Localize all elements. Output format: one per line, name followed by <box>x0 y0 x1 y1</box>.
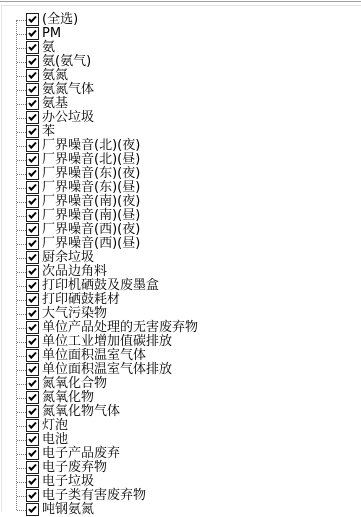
check-icon <box>27 252 38 263</box>
checkbox[interactable] <box>26 447 39 460</box>
check-icon <box>27 98 38 109</box>
check-icon <box>27 42 38 53</box>
check-icon <box>27 448 38 459</box>
checkbox[interactable] <box>26 503 39 511</box>
list-item-label: 单位面积温室气体排放 <box>42 363 172 377</box>
tree-connector <box>17 146 26 147</box>
tree-connector <box>17 300 26 301</box>
list-item[interactable]: PM <box>2 27 361 41</box>
tree-connector <box>17 20 26 21</box>
list-item[interactable]: 单位面积温室气体排放 <box>2 363 361 377</box>
list-item-label: 厂界噪音(南)(昼) <box>42 209 140 223</box>
list-item[interactable]: 打印机硒鼓及废墨盒 <box>2 279 361 293</box>
list-item[interactable]: 氨 <box>2 41 361 55</box>
check-icon <box>27 182 38 193</box>
check-icon <box>27 112 38 123</box>
check-icon <box>27 406 38 417</box>
tree-connector <box>17 230 26 231</box>
checkbox[interactable] <box>26 265 39 278</box>
checkbox[interactable] <box>26 41 39 54</box>
tree-connector <box>17 104 26 105</box>
list-item[interactable]: 电子垃圾 <box>2 475 361 489</box>
list-item-label: 电池 <box>42 433 68 447</box>
list-item-label: 电子产品废弃 <box>42 447 120 461</box>
tree-connector <box>17 90 26 91</box>
check-icon <box>27 140 38 151</box>
check-icon <box>27 350 38 361</box>
tree-connector <box>17 34 26 35</box>
list-item[interactable]: 厂界噪音(东)(昼) <box>2 181 361 195</box>
list-item-label: 氮氧化合物 <box>42 377 107 391</box>
checkbox[interactable] <box>26 181 39 194</box>
checkbox[interactable] <box>26 83 39 96</box>
tree-connector <box>17 342 26 343</box>
check-icon <box>27 210 38 221</box>
check-icon <box>27 280 38 291</box>
check-icon <box>27 196 38 207</box>
list-item-label: 电子废弃物 <box>42 461 107 475</box>
tree-connector <box>17 314 26 315</box>
list-item[interactable]: 厂界噪音(北)(昼) <box>2 153 361 167</box>
checkbox[interactable] <box>26 251 39 264</box>
list-item-label: 电子类有害废弃物 <box>42 489 146 503</box>
checkbox[interactable] <box>26 307 39 320</box>
list-item-label: 单位工业增加值碳排放 <box>42 335 172 349</box>
checkbox[interactable] <box>26 55 39 68</box>
list-item[interactable]: 电子废弃物 <box>2 461 361 475</box>
tree-connector <box>17 398 26 399</box>
check-icon <box>27 308 38 319</box>
tree-connector <box>17 328 26 329</box>
checkbox[interactable] <box>26 223 39 236</box>
tree-connector <box>17 286 26 287</box>
list-item-label: 氨(氨气) <box>42 55 91 69</box>
checkbox[interactable] <box>26 419 39 432</box>
list-item-label: 氮氧化物 <box>42 391 94 405</box>
list-item[interactable]: 氮氧化物气体 <box>2 405 361 419</box>
check-icon <box>27 266 38 277</box>
checkbox[interactable] <box>26 391 39 404</box>
list-item-label: 氨氮 <box>42 69 68 83</box>
check-icon <box>27 56 38 67</box>
list-item[interactable]: 氮氧化物 <box>2 391 361 405</box>
tree-connector <box>17 426 26 427</box>
tree-connector <box>17 496 26 497</box>
list-item[interactable]: 次品边角料 <box>2 265 361 279</box>
checkbox[interactable] <box>26 377 39 390</box>
list-item-label: 打印硒鼓耗材 <box>42 293 120 307</box>
checkbox[interactable] <box>26 293 39 306</box>
check-icon <box>27 126 38 137</box>
check-icon <box>27 14 38 25</box>
list-item[interactable]: 灯泡 <box>2 419 361 433</box>
check-icon <box>27 294 38 305</box>
tree-connector <box>17 216 26 217</box>
filter-panel: (全选) PM 氨 氨(氨气) 氨氮 氨氮气体 氨基 办公垃圾 苯 厂界噪音(北… <box>0 0 361 511</box>
list-item[interactable]: 氮氧化合物 <box>2 377 361 391</box>
checkbox[interactable] <box>26 349 39 362</box>
list-item-label: (全选) <box>42 13 78 27</box>
check-icon <box>27 154 38 165</box>
list-item[interactable]: 电子类有害废弃物 <box>2 489 361 503</box>
check-icon <box>27 490 38 501</box>
list-item[interactable]: 苯 <box>2 125 361 139</box>
list-item-label: 氨氮气体 <box>42 83 94 97</box>
list-item-label: 单位面积温室气体 <box>42 349 146 363</box>
list-item-label: 电子垃圾 <box>42 475 94 489</box>
list-item-label: 苯 <box>42 125 55 139</box>
check-icon <box>27 322 38 333</box>
tree-connector <box>17 48 26 49</box>
list-item[interactable]: 办公垃圾 <box>2 111 361 125</box>
tree-connector <box>17 132 26 133</box>
checkbox[interactable] <box>26 111 39 124</box>
list-item-label: 厂界噪音(东)(夜) <box>42 167 140 181</box>
list-item-label: 厂界噪音(南)(夜) <box>42 195 140 209</box>
list-item-label: 办公垃圾 <box>42 111 94 125</box>
checkbox[interactable] <box>26 139 39 152</box>
tree-connector <box>17 412 26 413</box>
check-icon <box>27 336 38 347</box>
check-icon <box>27 476 38 487</box>
check-icon <box>27 504 38 511</box>
tree-connector <box>17 174 26 175</box>
tree-connector <box>17 118 26 119</box>
checkbox[interactable] <box>26 69 39 82</box>
checkbox[interactable] <box>26 405 39 418</box>
check-icon <box>27 462 38 473</box>
check-icon <box>27 224 38 235</box>
tree-connector <box>17 202 26 203</box>
list-item[interactable]: 厨余垃圾 <box>2 251 361 265</box>
check-icon <box>27 238 38 249</box>
list-item-label: 厂界噪音(北)(夜) <box>42 139 140 153</box>
list-item-label: 厨余垃圾 <box>42 251 94 265</box>
tree-connector <box>17 468 26 469</box>
tree-connector <box>17 76 26 77</box>
list-item-label: 氨基 <box>42 97 68 111</box>
tree-connector <box>17 454 26 455</box>
list-item[interactable]: 氨(氨气) <box>2 55 361 69</box>
tree-connector <box>17 272 26 273</box>
list-item-label: 打印机硒鼓及废墨盒 <box>42 279 159 293</box>
checkbox[interactable] <box>26 195 39 208</box>
tree-connector <box>17 62 26 63</box>
list-item-label: 大气污染物 <box>42 307 107 321</box>
list-item-label: 次品边角料 <box>42 265 107 279</box>
list-item-label: 厂界噪音(东)(昼) <box>42 181 140 195</box>
list-item-label: 氨 <box>42 41 55 55</box>
list-item-label: 灯泡 <box>42 419 68 433</box>
check-icon <box>27 420 38 431</box>
list-item[interactable]: 吨钢氨氮 <box>2 503 361 511</box>
check-icon <box>27 168 38 179</box>
tree-connector <box>17 258 26 259</box>
filter-tree-list: (全选) PM 氨 氨(氨气) 氨氮 氨氮气体 氨基 办公垃圾 苯 厂界噪音(北… <box>2 13 361 511</box>
list-item[interactable]: 电池 <box>2 433 361 447</box>
checkbox[interactable] <box>26 363 39 376</box>
tree-connector <box>17 244 26 245</box>
checkbox[interactable] <box>26 209 39 222</box>
list-item[interactable]: 氨基 <box>2 97 361 111</box>
checkbox[interactable] <box>26 97 39 110</box>
panel-top-border <box>0 1 361 2</box>
check-icon <box>27 364 38 375</box>
list-item[interactable]: 厂界噪音(南)(昼) <box>2 209 361 223</box>
list-item[interactable]: 大气污染物 <box>2 307 361 321</box>
list-item-label: PM <box>42 27 61 41</box>
list-item[interactable]: 氨氮 <box>2 69 361 83</box>
check-icon <box>27 84 38 95</box>
tree-connector <box>17 482 26 483</box>
list-item[interactable]: 单位工业增加值碳排放 <box>2 335 361 349</box>
tree-connector <box>17 160 26 161</box>
checkbox[interactable] <box>26 335 39 348</box>
tree-connector <box>17 188 26 189</box>
check-icon <box>27 434 38 445</box>
checkbox[interactable] <box>26 279 39 292</box>
list-item[interactable]: 电子产品废弃 <box>2 447 361 461</box>
list-item[interactable]: 厂界噪音(西)(昼) <box>2 237 361 251</box>
checkbox[interactable] <box>26 321 39 334</box>
tree-connector <box>17 384 26 385</box>
checkbox[interactable] <box>26 475 39 488</box>
checkbox[interactable] <box>26 433 39 446</box>
tree-connector <box>17 440 26 441</box>
checkbox[interactable] <box>26 489 39 502</box>
checkbox[interactable] <box>26 27 39 40</box>
list-item-label: 厂界噪音(西)(昼) <box>42 237 140 251</box>
checkbox[interactable] <box>26 13 39 26</box>
checkbox[interactable] <box>26 237 39 250</box>
list-item-label: 厂界噪音(西)(夜) <box>42 223 140 237</box>
check-icon <box>27 392 38 403</box>
check-icon <box>27 378 38 389</box>
check-icon <box>27 70 38 81</box>
list-item[interactable]: 厂界噪音(西)(夜) <box>2 223 361 237</box>
list-item[interactable]: 氨氮气体 <box>2 83 361 97</box>
list-item-label: 单位产品处理的无害废弃物 <box>42 321 198 335</box>
list-item[interactable]: 厂界噪音(南)(夜) <box>2 195 361 209</box>
list-item-label: 厂界噪音(北)(昼) <box>42 153 140 167</box>
list-item[interactable]: 厂界噪音(东)(夜) <box>2 167 361 181</box>
list-item[interactable]: 单位面积温室气体 <box>2 349 361 363</box>
checkbox[interactable] <box>26 461 39 474</box>
filter-tree[interactable]: (全选) PM 氨 氨(氨气) 氨氮 氨氮气体 氨基 办公垃圾 苯 厂界噪音(北… <box>1 5 361 511</box>
check-icon <box>27 28 38 39</box>
checkbox[interactable] <box>26 125 39 138</box>
list-item[interactable]: 打印硒鼓耗材 <box>2 293 361 307</box>
tree-connector <box>17 356 26 357</box>
tree-connector <box>17 370 26 371</box>
list-item-label: 吨钢氨氮 <box>42 503 94 511</box>
checkbox[interactable] <box>26 153 39 166</box>
list-item-select-all[interactable]: (全选) <box>2 13 361 27</box>
list-item[interactable]: 厂界噪音(北)(夜) <box>2 139 361 153</box>
list-item[interactable]: 单位产品处理的无害废弃物 <box>2 321 361 335</box>
list-item-label: 氮氧化物气体 <box>42 405 120 419</box>
checkbox[interactable] <box>26 167 39 180</box>
